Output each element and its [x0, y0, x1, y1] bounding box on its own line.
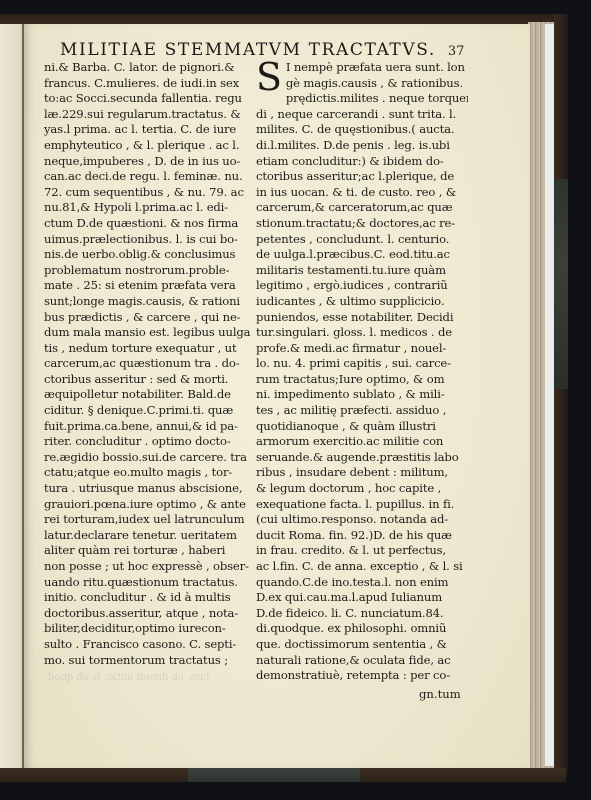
- marbled-board-bottom: [188, 768, 360, 782]
- text-line: que. doctissimorum sententia , &: [256, 637, 468, 653]
- text-line: carcerum,ac quæstionum tra . do-: [44, 356, 256, 372]
- text-line: exequatione facta. l. pupillus. in fi.: [256, 497, 468, 513]
- text-line: naturali ratione,& oculata fide, ac: [256, 653, 468, 669]
- text-line: nu.81,& Hypoli l.prima.ac l. edi-: [44, 200, 256, 216]
- facing-page-gutter: [0, 24, 24, 770]
- text-line: prędictis.milites . neque torquen-: [286, 91, 468, 107]
- running-title: MILITIAE STEMMATVM TRACTATVS.: [60, 40, 436, 60]
- book-photo-scene: MILITIAE STEMMATVM TRACTATVS. 37 ni.& Ba…: [0, 0, 591, 800]
- text-line: aliter quàm rei torturæ , haberi: [44, 543, 256, 559]
- text-line: rum tractatus;Iure optimo, & om: [256, 372, 468, 388]
- text-line: mo. sui tormentorum tractatus ;: [44, 653, 256, 669]
- text-line: demonstratiuè, retempta : per co-: [256, 668, 468, 684]
- text-line: problematum nostrorum.proble-: [44, 263, 256, 279]
- flyleaf-edge: [545, 24, 554, 766]
- text-line: & legum doctorum , hoc capite ,: [256, 481, 468, 497]
- text-line: ribus , insudare debent : militum,: [256, 465, 468, 481]
- text-line: sunt;longe magis.causis, & rationi: [44, 294, 256, 310]
- text-line: læ.229.sui regularum.tractatus. &: [44, 107, 256, 123]
- text-line: riter. concluditur . optimo docto-: [44, 434, 256, 450]
- text-line: francus. C.mulieres. de iudi.in sex: [44, 76, 256, 92]
- text-line: non posse ; ut hoc expressè , obser-: [44, 559, 256, 575]
- book-cover-right-edge: [554, 14, 568, 774]
- text-line: profe.& medi.ac firmatur , nouel-: [256, 341, 468, 357]
- text-line: neque,impuberes , D. de in ius uo-: [44, 154, 256, 170]
- text-line: 72. cum sequentibus , & nu. 79. ac: [44, 185, 256, 201]
- text-line: grauiori.pœna.iure optimo , & ante: [44, 497, 256, 513]
- text-line: can.ac deci.de regu. l. feminæ. nu.: [44, 169, 256, 185]
- folio-number: 37: [448, 44, 465, 59]
- drop-cap-initial: S: [256, 61, 282, 93]
- text-line: petentes , concludunt. l. centurio.: [256, 232, 468, 248]
- text-line: ctoribus asseritur;ac l.plerique, de: [256, 169, 468, 185]
- text-line: quotidianoque , & quàm illustri: [256, 419, 468, 435]
- text-line: D.ex qui.cau.ma.l.apud Iulianum: [256, 590, 468, 606]
- text-line: doctoribus.asseritur, atque , nota-: [44, 606, 256, 622]
- text-line: ctoribus asseritur : sed & morti.: [44, 372, 256, 388]
- text-line: armorum exercitio.ac militie con: [256, 434, 468, 450]
- show-through-text: lum. ob dmudi mitio, & ob quod: [48, 672, 209, 683]
- text-line: latur.declarare tenetur. ueritatem: [44, 528, 256, 544]
- text-line: rei torturam,iudex uel latrunculum: [44, 512, 256, 528]
- text-line: uimus.prælectionibus. l. is cui bo-: [44, 232, 256, 248]
- text-line: ctum D.de quæstioni. & nos firma: [44, 216, 256, 232]
- text-line: di.quodque. ex philosophi. omniũ: [256, 621, 468, 637]
- text-column-right: S I nempè præfata uera sunt. longè magis…: [256, 60, 468, 684]
- text-line: ciditur. § denique.C.primi.ti. quæ: [44, 403, 256, 419]
- text-line: sulto . Francisco casono. C. septi-: [44, 637, 256, 653]
- text-line: emphyteutico , & l. plerique . ac l.: [44, 138, 256, 154]
- text-line: in frau. credito. & l. ut perfectus,: [256, 543, 468, 559]
- text-line: puniendos, esse notabiliter. Decidi: [256, 310, 468, 326]
- text-line: etiam concluditur:) & ibidem do-: [256, 154, 468, 170]
- marbled-board: [554, 179, 568, 389]
- text-line: gè magis.causis , & rationibus.: [286, 76, 468, 92]
- text-line: uando ritu.quæstionum tractatus.: [44, 575, 256, 591]
- text-column-left: ni.& Barba. C. lator. de pignori.&francu…: [44, 60, 256, 668]
- text-line: ni.& Barba. C. lator. de pignori.&: [44, 60, 256, 76]
- text-line: dum mala mansio est. legibus uulga: [44, 325, 256, 341]
- page-block-edges: [528, 22, 554, 770]
- text-line: ni. impedimento sublato , & mili-: [256, 387, 468, 403]
- book-cover-bottom-edge: [0, 768, 566, 782]
- text-line: yas.l prima. ac l. tertia. C. de iure: [44, 122, 256, 138]
- text-line: legitimo , ergò.iudices , contrariũ: [256, 278, 468, 294]
- text-line: de uulga.l.præcibus.C. eod.titu.ac: [256, 247, 468, 263]
- text-line: ducit Roma. fin. 92.)D. de his quæ: [256, 528, 468, 544]
- text-line: militaris testamenti.tu.iure quàm: [256, 263, 468, 279]
- text-line: I nempè præfata uera sunt. lon: [286, 60, 468, 76]
- text-line: quando.C.de ino.testa.l. non enim: [256, 575, 468, 591]
- text-line: mate . 25: si etenim præfata vera: [44, 278, 256, 294]
- text-line: (cui ultimo.responso. notanda ad-: [256, 512, 468, 528]
- text-line: ac l.fin. C. de anna. exceptio , & l. si: [256, 559, 468, 575]
- text-line: tura . utriusque manus abscisione,: [44, 481, 256, 497]
- text-line: di , neque carcerandi . sunt trita. l.: [256, 107, 468, 123]
- text-line: bus prædictis , & carcere , qui ne-: [44, 310, 256, 326]
- text-line: tis , nedum torture exequatur , ut: [44, 341, 256, 357]
- text-line: iudicantes , & ultimo supplicicio.: [256, 294, 468, 310]
- text-line: biliter,deciditur,optimo iurecon-: [44, 621, 256, 637]
- text-line: lo. nu. 4. primi capitis , sui. carce-: [256, 356, 468, 372]
- text-line: milites. C. de quęstionibus.( aucta.: [256, 122, 468, 138]
- text-line: æquipolletur notabiliter. Bald.de: [44, 387, 256, 403]
- text-line: ctatu;atque eo.multo magis , tor-: [44, 465, 256, 481]
- text-line: seruande.& augende.præstitis labo: [256, 450, 468, 466]
- text-line: D.de fideico. li. C. nunciatum.84.: [256, 606, 468, 622]
- text-line: di.l.milites. D.de penis . leg. is.ubi: [256, 138, 468, 154]
- text-line: re.ægidio bossio.sui.de carcere. tra: [44, 450, 256, 466]
- catchword: gn.tum: [419, 687, 461, 701]
- text-line: stionum.tractatu;& doctores,ac re-: [256, 216, 468, 232]
- text-line: carcerum,& carceratorum,ac quæ: [256, 200, 468, 216]
- text-line: tur.singulari. gloss. l. medicos . de: [256, 325, 468, 341]
- text-line: tes , ac militię præfecti. assiduo ,: [256, 403, 468, 419]
- text-line: in ius uocan. & ti. de custo. reo , &: [256, 185, 468, 201]
- text-line: fuit.prima.ca.bene, annui,& id pa-: [44, 419, 256, 435]
- text-line: nis.de uerbo.oblig.& conclusimus: [44, 247, 256, 263]
- text-line: to:ac Socci.secunda fallentia. regu: [44, 91, 256, 107]
- text-line: initio. concluditur . & id à multis: [44, 590, 256, 606]
